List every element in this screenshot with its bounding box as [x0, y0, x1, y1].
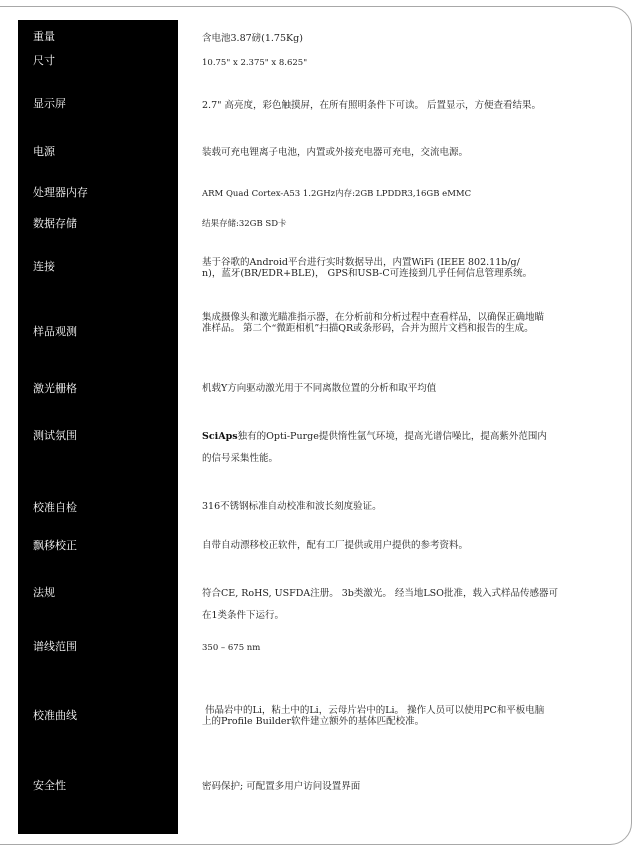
spec-value-laser-raster: 机载Y方向驱动激光用于不同离散位置的分析和取平均值	[202, 383, 622, 395]
spec-label-test-atmosphere: 测试氛围	[33, 429, 77, 443]
spec-value-test-atmosphere-line1: SciAps独有的Opti-Purge提供惰性氩气环境，提高光谱信噪比，提高紫外…	[202, 426, 622, 448]
spec-value-regulatory-line1: 符合CE, RoHS, USFDA注册。 3b类激光。 经当地LSO批准，载入式…	[202, 583, 622, 605]
spec-label-calibration-check: 校准自检	[33, 501, 77, 515]
spec-label-weight: 重量	[33, 30, 55, 44]
spec-label-dimensions: 尺寸	[33, 54, 55, 68]
spec-value-regulatory-line2: 在1类条件下运行。	[202, 605, 622, 627]
spec-value-calibration-curves-line2: 上的Profile Builder软件建立额外的基体匹配校准。	[202, 716, 622, 727]
spec-label-calibration-curves: 校准曲线	[33, 709, 77, 723]
spec-value-spectral-range: 350 – 675 nm	[202, 642, 622, 654]
spec-value-power: 装载可充电锂离子电池，内置或外接充电器可充电，交流电源。	[202, 147, 622, 159]
spec-value-security: 密码保护; 可配置多用户访问设置界面	[202, 781, 622, 793]
spec-label-power: 电源	[33, 145, 55, 159]
spec-label-sample-viewing: 样品观测	[33, 325, 77, 339]
spec-value-test-atmosphere: SciAps独有的Opti-Purge提供惰性氩气环境，提高光谱信噪比，提高紫外…	[202, 426, 622, 470]
spec-value-regulatory: 符合CE, RoHS, USFDA注册。 3b类激光。 经当地LSO批准，载入式…	[202, 583, 622, 627]
spec-label-laser-raster: 激光栅格	[33, 382, 77, 396]
spec-label-regulatory: 法规	[33, 586, 55, 600]
spec-value-dimensions: 10.75" x 2.375" x 8.625"	[202, 57, 622, 69]
spec-value-test-atmosphere-line2: 的信号采集性能。	[202, 448, 622, 470]
spec-value-sample-viewing-line2: 准样品。 第二个“微距相机”扫描QR或条形码，合并为照片文档和报告的生成。	[202, 323, 622, 334]
spec-value-weight: 含电池3.87磅(1.75Kg)	[202, 33, 622, 45]
spec-value-connectivity-line2: n)，蓝牙(BR/EDR+BLE)， GPS和USB-C可连接到几乎任何信息管理…	[202, 268, 622, 279]
spec-value-processor-memory: ARM Quad Cortex-A53 1.2GHz内存:2GB LPDDR3,…	[202, 188, 622, 200]
spec-label-display: 显示屏	[33, 97, 66, 111]
spec-label-spectral-range: 谱线范围	[33, 640, 77, 654]
spec-label-processor-memory: 处理器内存	[33, 186, 88, 200]
spec-value-connectivity-line1: 基于谷歌的Android平台进行实时数据导出，内置WiFi (IEEE 802.…	[202, 257, 622, 268]
spec-label-security: 安全性	[33, 779, 66, 793]
spec-value-calibration-curves: 伟晶岩中的Li，粘土中的Li，云母片岩中的Li。 操作人员可以使用PC和平板电脑…	[202, 705, 622, 727]
spec-value-sample-viewing: 集成摄像头和激光瞄准指示器，在分析前和分析过程中查看样品，以确保正确地瞄 准样品…	[202, 312, 622, 334]
spec-label-drift-correction: 飘移校正	[33, 539, 77, 553]
brand-name: SciAps	[202, 431, 238, 442]
spec-value-connectivity: 基于谷歌的Android平台进行实时数据导出，内置WiFi (IEEE 802.…	[202, 257, 622, 279]
spec-value-data-storage: 结果存储:32GB SD卡	[202, 218, 622, 230]
spec-value-display: 2.7" 高亮度，彩色触摸屏，在所有照明条件下可读。 后置显示，方便查看结果。	[202, 100, 622, 112]
spec-value-calibration-check: 316不锈钢标准自动校准和波长刻度验证。	[202, 501, 622, 513]
spec-label-data-storage: 数据存储	[33, 217, 77, 231]
spec-value-calibration-curves-line1: 伟晶岩中的Li，粘土中的Li，云母片岩中的Li。 操作人员可以使用PC和平板电脑	[202, 705, 622, 716]
spec-value-sample-viewing-line1: 集成摄像头和激光瞄准指示器，在分析前和分析过程中查看样品，以确保正确地瞄	[202, 312, 622, 323]
spec-label-connectivity: 连接	[33, 260, 55, 274]
spec-value-drift-correction: 自带自动漂移校正软件，配有工厂提供或用户提供的参考资料。	[202, 540, 622, 552]
